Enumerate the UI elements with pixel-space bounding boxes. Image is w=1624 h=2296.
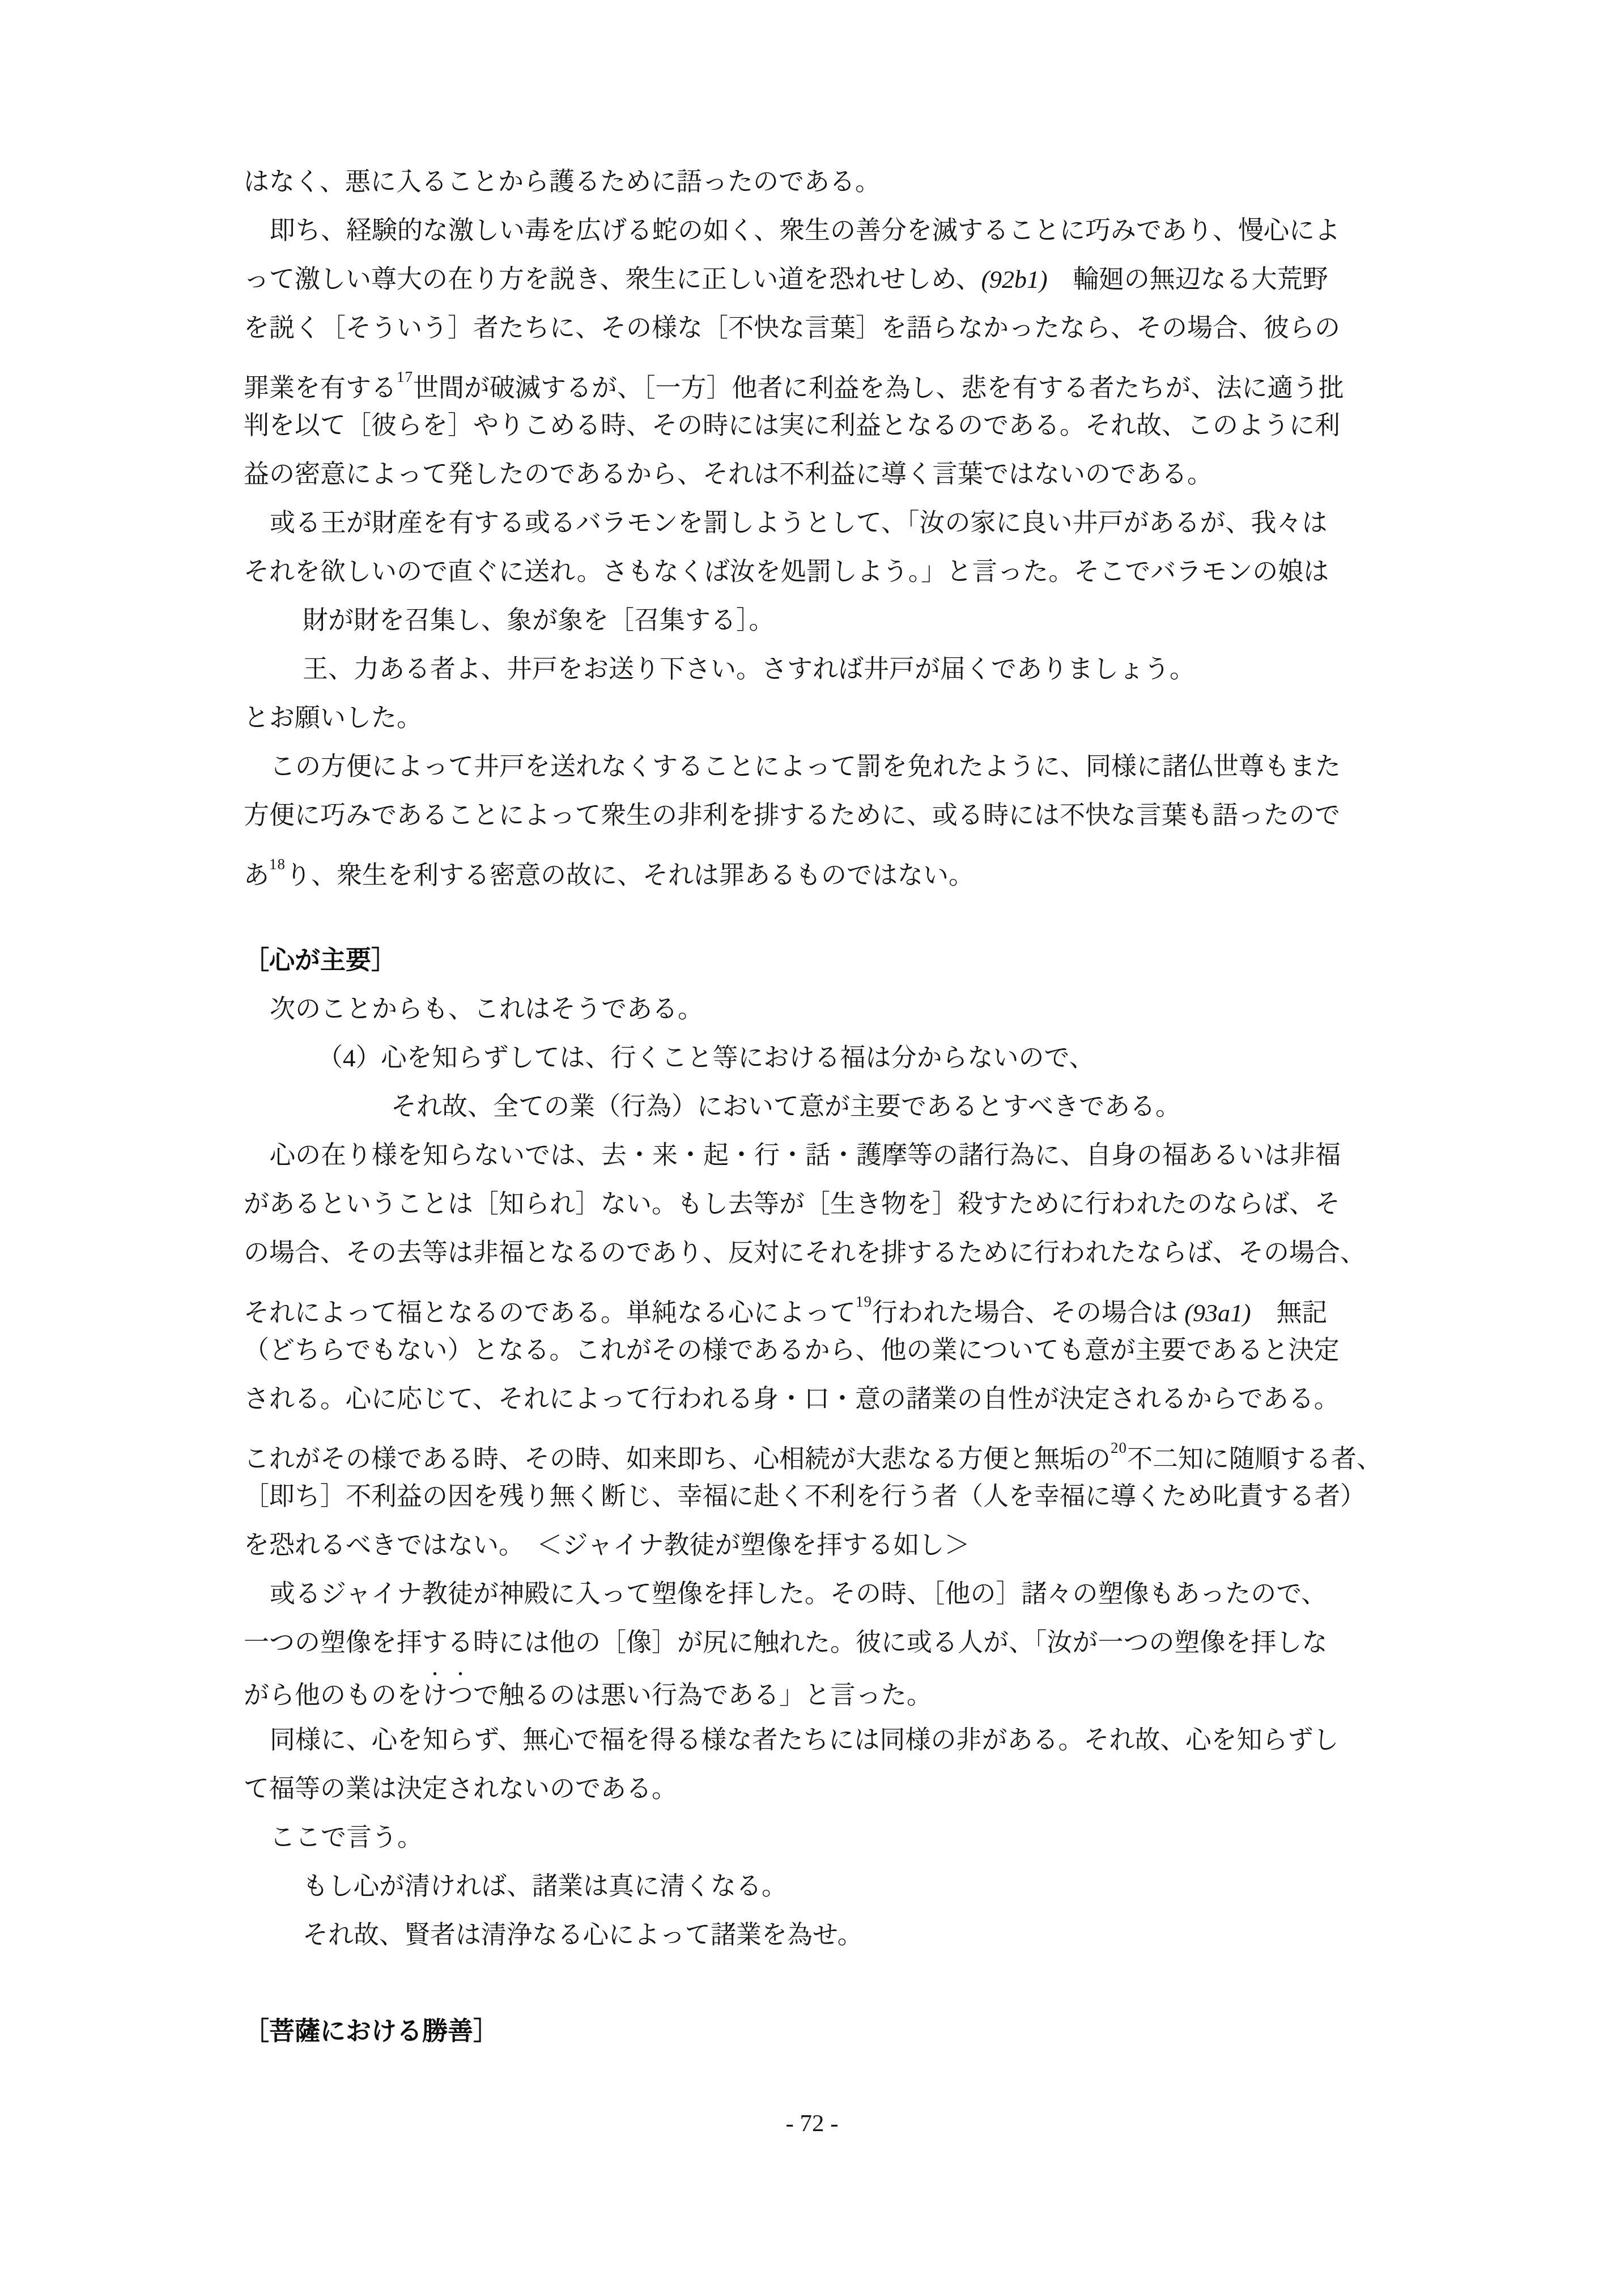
text-run: 心の在り様を知らないでは、去・来・起・行・話・護摩等の諸行為に、自身の福あるいは… bbox=[270, 1141, 1341, 1170]
text-line: とお願いした。 bbox=[244, 694, 1496, 742]
text-line: （4）心を知らずしては、行くこと等における福は分からないので、 bbox=[244, 1034, 1496, 1082]
emphasized-run: けつ bbox=[422, 1681, 473, 1710]
text-run: を恐れるべきではない。 ＜ジャイナ教徒が塑像を拝する如し＞ bbox=[244, 1531, 970, 1559]
text-run: 或るジャイナ教徒が神殿に入って塑像を拝した。その時、［他の］諸々の塑像もあったの… bbox=[270, 1580, 1327, 1608]
text-run: 王、力ある者よ、井戸をお送り下さい。さすれば井戸が届くでありましょう。 bbox=[303, 655, 1195, 683]
document-body: はなく、悪に入ることから護るために語ったのである。即ち、経験的な激しい毒を広げる… bbox=[244, 158, 1496, 2056]
section-heading: ［菩薩における勝善］ bbox=[244, 2007, 1496, 2056]
footnote-ref: 17 bbox=[397, 368, 413, 385]
text-line: って激しい尊大の在り方を説き、衆生に正しい道を恐れせしめ、(92b1) 輪廻の無… bbox=[244, 255, 1496, 304]
text-run: ここで言う。 bbox=[270, 1823, 423, 1852]
text-run: 同様に、心を知らず、無心で福を得る様な者たちには同様の非がある。それ故、心を知ら… bbox=[270, 1726, 1338, 1754]
text-run: あ bbox=[244, 861, 269, 890]
text-run: される。心に応じて、それによって行われる身・口・意の諸業の自性が決定されるからで… bbox=[244, 1385, 1340, 1413]
text-line: ［即ち］不利益の因を残り無く断じ、幸福に赴く不利を行う者（人を幸福に導くため叱責… bbox=[244, 1472, 1496, 1521]
text-line: 判を以て［彼らを］やりこめる時、その時には実に利益となるのである。それ故、このよ… bbox=[244, 401, 1496, 450]
text-run: がら他のものを bbox=[244, 1681, 422, 1710]
footnote-ref: 20 bbox=[1111, 1439, 1127, 1456]
text-run: 方便に巧みであることによって衆生の非利を排するために、或る時には不快な言葉も語っ… bbox=[244, 801, 1340, 830]
text-run: り、衆生を利する密意の故に、それは罪あるものではない。 bbox=[286, 861, 974, 890]
text-run: （どちらでもない）となる。これがその様であるから、他の業についても意が主要である… bbox=[244, 1336, 1340, 1364]
text-line: 方便に巧みであることによって衆生の非利を排するために、或る時には不快な言葉も語っ… bbox=[244, 791, 1496, 840]
text-run: 即ち、経験的な激しい毒を広げる蛇の如く、衆生の善分を滅することに巧みであり、慢心… bbox=[270, 216, 1340, 245]
text-line: 同様に、心を知らず、無心で福を得る様な者たちには同様の非がある。それ故、心を知ら… bbox=[244, 1716, 1496, 1764]
page-number: - 72 - bbox=[0, 2099, 1624, 2148]
text-run: 次のことからも、これはそうである。 bbox=[270, 995, 703, 1023]
text-run: それを欲しいので直ぐに送れ。さもなくば汝を処罰しよう。」と言った。そこでバラモン… bbox=[244, 558, 1329, 586]
text-run: って激しい尊大の在り方を説き、衆生に正しい道を恐れせしめ、 bbox=[244, 265, 981, 294]
scanned-page: { "document": { "page_number": "- 72 -",… bbox=[0, 0, 1624, 2296]
text-run: それによって福となるのである。単純なる心によって bbox=[244, 1299, 856, 1327]
text-line: あ18り、衆生を利する密意の故に、それは罪あるものではない。 bbox=[244, 840, 1496, 888]
text-run: ［即ち］不利益の因を残り無く断じ、幸福に赴く不利を行う者（人を幸福に導くため叱責… bbox=[244, 1482, 1366, 1511]
text-run: もし心が清ければ、諸業は真に清くなる。 bbox=[303, 1872, 787, 1900]
text-run: （4）心を知らずしては、行くこと等における福は分からないので、 bbox=[317, 1044, 1095, 1072]
text-run: 益の密意によって発したのであるから、それは不利益に導く言葉ではないのである。 bbox=[244, 460, 1213, 488]
text-line: もし心が清ければ、諸業は真に清くなる。 bbox=[244, 1862, 1496, 1911]
section-heading: ［心が主要］ bbox=[244, 936, 1496, 985]
text-line: はなく、悪に入ることから護るために語ったのである。 bbox=[244, 158, 1496, 206]
text-run: 輪廻の無辺なる大荒野 bbox=[1048, 265, 1328, 294]
text-line: それによって福となるのである。単純なる心によって19行われた場合、その場合は (… bbox=[244, 1277, 1496, 1326]
text-line: される。心に応じて、それによって行われる身・口・意の諸業の自性が決定されるからで… bbox=[244, 1375, 1496, 1423]
text-line: それ故、賢者は清浄なる心によって諸業を為せ。 bbox=[244, 1911, 1496, 1959]
text-line: 財が財を召集し、象が象を［召集する］。 bbox=[244, 596, 1496, 645]
text-run: 罪業を有する bbox=[244, 374, 397, 402]
text-line: 王、力ある者よ、井戸をお送り下さい。さすれば井戸が届くでありましょう。 bbox=[244, 645, 1496, 694]
text-run: 世間が破滅するが、［一方］他者に利益を為し、悲を有する者たちが、法に適う批 bbox=[413, 374, 1344, 402]
text-run: 財が財を召集し、象が象を［召集する］。 bbox=[303, 606, 775, 635]
text-run: 或る王が財産を有する或るバラモンを罰しようとして、「汝の家に良い井戸があるが、我… bbox=[270, 509, 1328, 537]
text-run: 無記 bbox=[1251, 1299, 1328, 1327]
text-run: て福等の業は決定されないのである。 bbox=[244, 1775, 677, 1803]
text-line: を恐れるべきではない。 ＜ジャイナ教徒が塑像を拝する如し＞ bbox=[244, 1521, 1496, 1570]
text-line: があるということは［知られ］ない。もし去等が［生き物を］殺すために行われたのなら… bbox=[244, 1180, 1496, 1228]
text-line: の場合、その去等は非福となるのであり、反対にそれを排するために行われたならば、そ… bbox=[244, 1228, 1496, 1277]
text-line: この方便によって井戸を送れなくすることによって罰を免れたように、同様に諸仏世尊も… bbox=[244, 742, 1496, 791]
text-line: ここで言う。 bbox=[244, 1813, 1496, 1862]
text-run: 一つの塑像を拝する時には他の［像］が尻に触れた。彼に或る人が、「汝が一つの塑像を… bbox=[244, 1629, 1328, 1657]
text-run: ［心が主要］ bbox=[244, 946, 397, 975]
text-run: はなく、悪に入ることから護るために語ったのである。 bbox=[244, 168, 881, 196]
folio-ref: (93a1) bbox=[1184, 1299, 1251, 1327]
text-line: て福等の業は決定されないのである。 bbox=[244, 1764, 1496, 1813]
footnote-ref: 18 bbox=[269, 856, 286, 873]
text-run: の場合、その去等は非福となるのであり、反対にそれを排するために行われたならば、そ… bbox=[244, 1239, 1366, 1267]
text-line: （どちらでもない）となる。これがその様であるから、他の業についても意が主要である… bbox=[244, 1326, 1496, 1375]
text-run: この方便によって井戸を送れなくすることによって罰を免れたように、同様に諸仏世尊も… bbox=[270, 752, 1341, 781]
text-run: で触るのは悪い行為である」と言った。 bbox=[473, 1681, 932, 1710]
text-line: 或るジャイナ教徒が神殿に入って塑像を拝した。その時、［他の］諸々の塑像もあったの… bbox=[244, 1570, 1496, 1618]
text-run: それ故、賢者は清浄なる心によって諸業を為せ。 bbox=[303, 1921, 863, 1949]
text-run: ［菩薩における勝善］ bbox=[244, 2017, 499, 2046]
text-line: 即ち、経験的な激しい毒を広げる蛇の如く、衆生の善分を滅することに巧みであり、慢心… bbox=[244, 206, 1496, 255]
folio-ref: (92b1) bbox=[981, 266, 1047, 294]
text-run: があるということは［知られ］ない。もし去等が［生き物を］殺すために行われたのなら… bbox=[244, 1190, 1340, 1218]
text-line: 心の在り様を知らないでは、去・来・起・行・話・護摩等の諸行為に、自身の福あるいは… bbox=[244, 1131, 1496, 1180]
text-line: これがその様である時、その時、如来即ち、心相続が大悲なる方便と無垢の20不二知に… bbox=[244, 1423, 1496, 1472]
text-line: それ故、全ての業（行為）において意が主要であるとすべきである。 bbox=[244, 1082, 1496, 1131]
text-line: 或る王が財産を有する或るバラモンを罰しようとして、「汝の家に良い井戸があるが、我… bbox=[244, 499, 1496, 547]
text-line: を説く［そういう］者たちに、その様な［不快な言葉］を語らなかったなら、その場合、… bbox=[244, 304, 1496, 352]
text-run: 行われた場合、その場合は bbox=[872, 1299, 1184, 1327]
text-run: 不二知に随順する者、 bbox=[1127, 1445, 1382, 1473]
text-line: 次のことからも、これはそうである。 bbox=[244, 985, 1496, 1034]
text-run: それ故、全ての業（行為）において意が主要であるとすべきである。 bbox=[391, 1092, 1181, 1121]
text-run: 判を以て［彼らを］やりこめる時、その時には実に利益となるのである。それ故、このよ… bbox=[244, 411, 1340, 440]
text-line: 罪業を有する17世間が破滅するが、［一方］他者に利益を為し、悲を有する者たちが、… bbox=[244, 352, 1496, 401]
text-line: それを欲しいので直ぐに送れ。さもなくば汝を処罰しよう。」と言った。そこでバラモン… bbox=[244, 547, 1496, 596]
text-line: 一つの塑像を拝する時には他の［像］が尻に触れた。彼に或る人が、「汝が一つの塑像を… bbox=[244, 1618, 1496, 1667]
footnote-ref: 19 bbox=[856, 1293, 872, 1310]
text-line: 益の密意によって発したのであるから、それは不利益に導く言葉ではないのである。 bbox=[244, 450, 1496, 499]
text-run: を説く［そういう］者たちに、その様な［不快な言葉］を語らなかったなら、その場合、… bbox=[244, 314, 1340, 342]
text-run: これがその様である時、その時、如来即ち、心相続が大悲なる方便と無垢の bbox=[244, 1445, 1111, 1473]
text-run: とお願いした。 bbox=[244, 704, 422, 732]
text-line: がら他のものをけつで触るのは悪い行為である」と言った。 bbox=[244, 1667, 1496, 1716]
